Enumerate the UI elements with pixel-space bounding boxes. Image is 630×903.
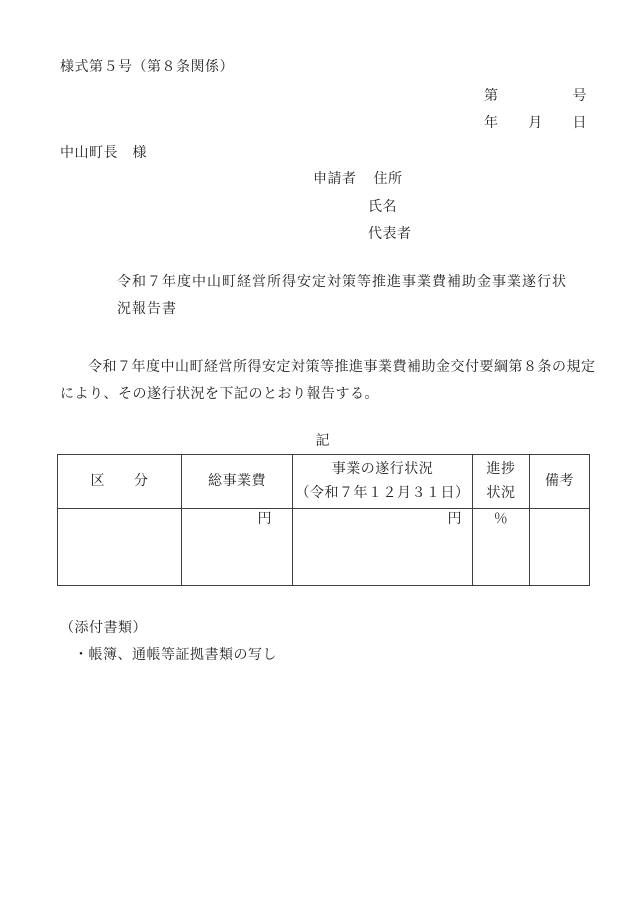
body-text-line-1: 令和７年度中山町経営所得安定対策等推進事業費補助金交付要綱第８条の規定: [88, 356, 596, 376]
cell-total-cost-unit: 円: [182, 509, 293, 586]
header-progress-status: 事業の遂行状況 （令和７年１２月３１日）: [293, 455, 473, 509]
header-progress-rate-line2: 状況: [473, 482, 529, 506]
document-title-line-1: 令和７年度中山町経営所得安定対策等推進事業費補助金事業遂行状: [117, 271, 567, 291]
header-category: 区 分: [58, 455, 182, 509]
applicant-representative-label: 代表者: [368, 223, 412, 243]
applicant-label: 申請者: [313, 172, 357, 187]
header-progress-rate: 進捗 状況: [473, 455, 530, 509]
table-header-row: 区 分 総事業費 事業の遂行状況 （令和７年１２月３１日） 進捗 状況 備考: [58, 455, 590, 509]
header-remarks: 備考: [530, 455, 590, 509]
table-entry-row: 円 円 ％: [58, 509, 590, 586]
attachments-heading: （添付書類）: [60, 617, 147, 637]
applicant-address-label: 住所: [374, 172, 403, 187]
date-day-label: 日: [573, 112, 588, 132]
header-total-cost: 総事業費: [182, 455, 293, 509]
doc-number-suffix: 号: [573, 85, 588, 105]
form-number-label: 様式第５号（第８条関係）: [60, 56, 234, 76]
document-title-line-2: 況報告書: [117, 298, 177, 318]
progress-report-table: 区 分 総事業費 事業の遂行状況 （令和７年１２月３１日） 進捗 状況 備考 円…: [57, 454, 590, 586]
cell-progress-rate-unit: ％: [473, 509, 530, 586]
cell-progress-status-unit: 円: [293, 509, 473, 586]
record-marker: 記: [57, 430, 589, 450]
header-progress-status-line2: （令和７年１２月３１日）: [293, 482, 472, 506]
addressee: 中山町長 様: [60, 142, 147, 162]
body-text-line-2: により、その遂行状況を下記のとおり報告する。: [60, 383, 379, 403]
header-progress-rate-line1: 進捗: [473, 458, 529, 482]
date-month-label: 月: [528, 112, 543, 132]
header-progress-status-line1: 事業の遂行状況: [293, 458, 472, 482]
applicant-name-label: 氏名: [368, 196, 397, 216]
cell-category-blank: [58, 509, 182, 586]
applicant-address-line: 申請者 住所: [313, 168, 403, 188]
date-year-label: 年: [484, 112, 499, 132]
cell-remarks-blank: [530, 509, 590, 586]
document-number-line: 第 号: [484, 85, 587, 105]
attachment-item: ・帳簿、通帳等証拠書類の写し: [74, 644, 277, 664]
document-page: 様式第５号（第８条関係） 第 号 年 月 日 中山町長 様 申請者 住所 氏名 …: [0, 0, 630, 903]
doc-number-prefix: 第: [484, 85, 499, 105]
date-line: 年 月 日: [484, 112, 587, 132]
